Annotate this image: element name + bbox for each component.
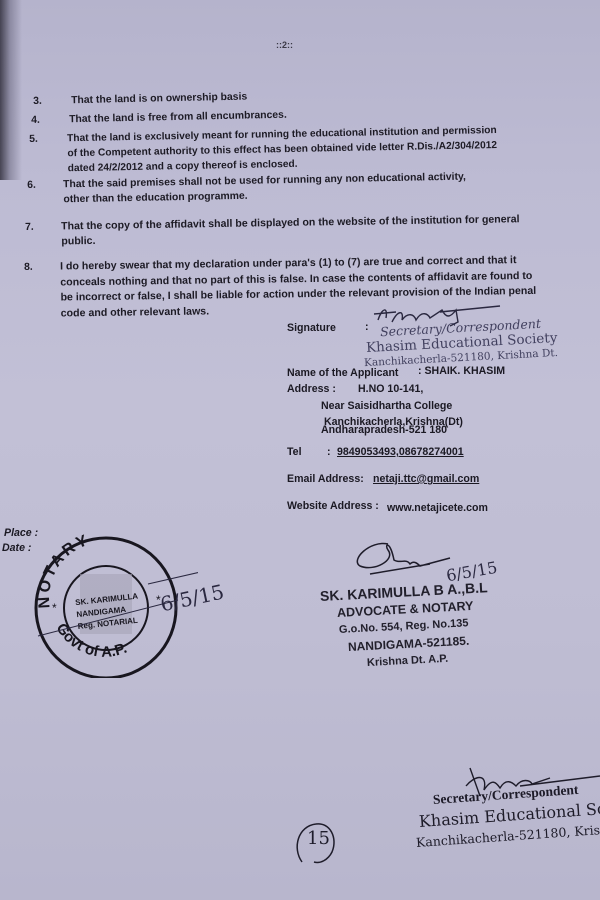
item-number: 6.: [27, 178, 47, 193]
address-line-1: H.NO 10-141,: [358, 383, 423, 395]
notary-registration: G.o.No. 554, Reg. No.135: [339, 617, 469, 636]
address-line-4: Andharapradesh-521 180: [321, 424, 447, 436]
tel-value: 9849053493,08678274001: [337, 446, 464, 458]
item-number: 4.: [31, 113, 51, 128]
item-number: 3.: [33, 94, 53, 109]
email-label: Email Address:: [287, 473, 364, 485]
website-label: Website Address :: [287, 500, 379, 512]
signature-label: Signature: [287, 322, 336, 334]
page-edge-shadow: [0, 0, 22, 180]
notary-city: NANDIGAMA-521185.: [348, 634, 470, 654]
address-line-2: Near Saisidhartha College: [321, 400, 452, 412]
handwritten-page-number: 15: [307, 828, 330, 849]
notary-district: Krishna Dt. A.P.: [367, 653, 449, 669]
applicant-name: : SHAIK. KHASIM: [418, 365, 505, 377]
signature-colon: :: [365, 321, 369, 333]
page-marker: ::2::: [276, 40, 293, 50]
item-number: 7.: [25, 220, 45, 235]
item-text: That the land is free from all encumbran…: [69, 108, 287, 128]
item-text: That the land is on ownership basis: [71, 90, 247, 109]
email-value: netaji.ttc@gmail.com: [373, 473, 479, 485]
tel-colon: :: [327, 446, 331, 458]
applicant-name-label: Name of the Applicant: [287, 367, 398, 379]
address-label: Address :: [287, 383, 336, 395]
svg-text:*: *: [52, 601, 57, 615]
tel-label: Tel: [287, 446, 302, 458]
website-value: www.netajicete.com: [387, 502, 488, 514]
item-number: 8.: [24, 260, 44, 275]
item-number: 5.: [29, 132, 49, 147]
